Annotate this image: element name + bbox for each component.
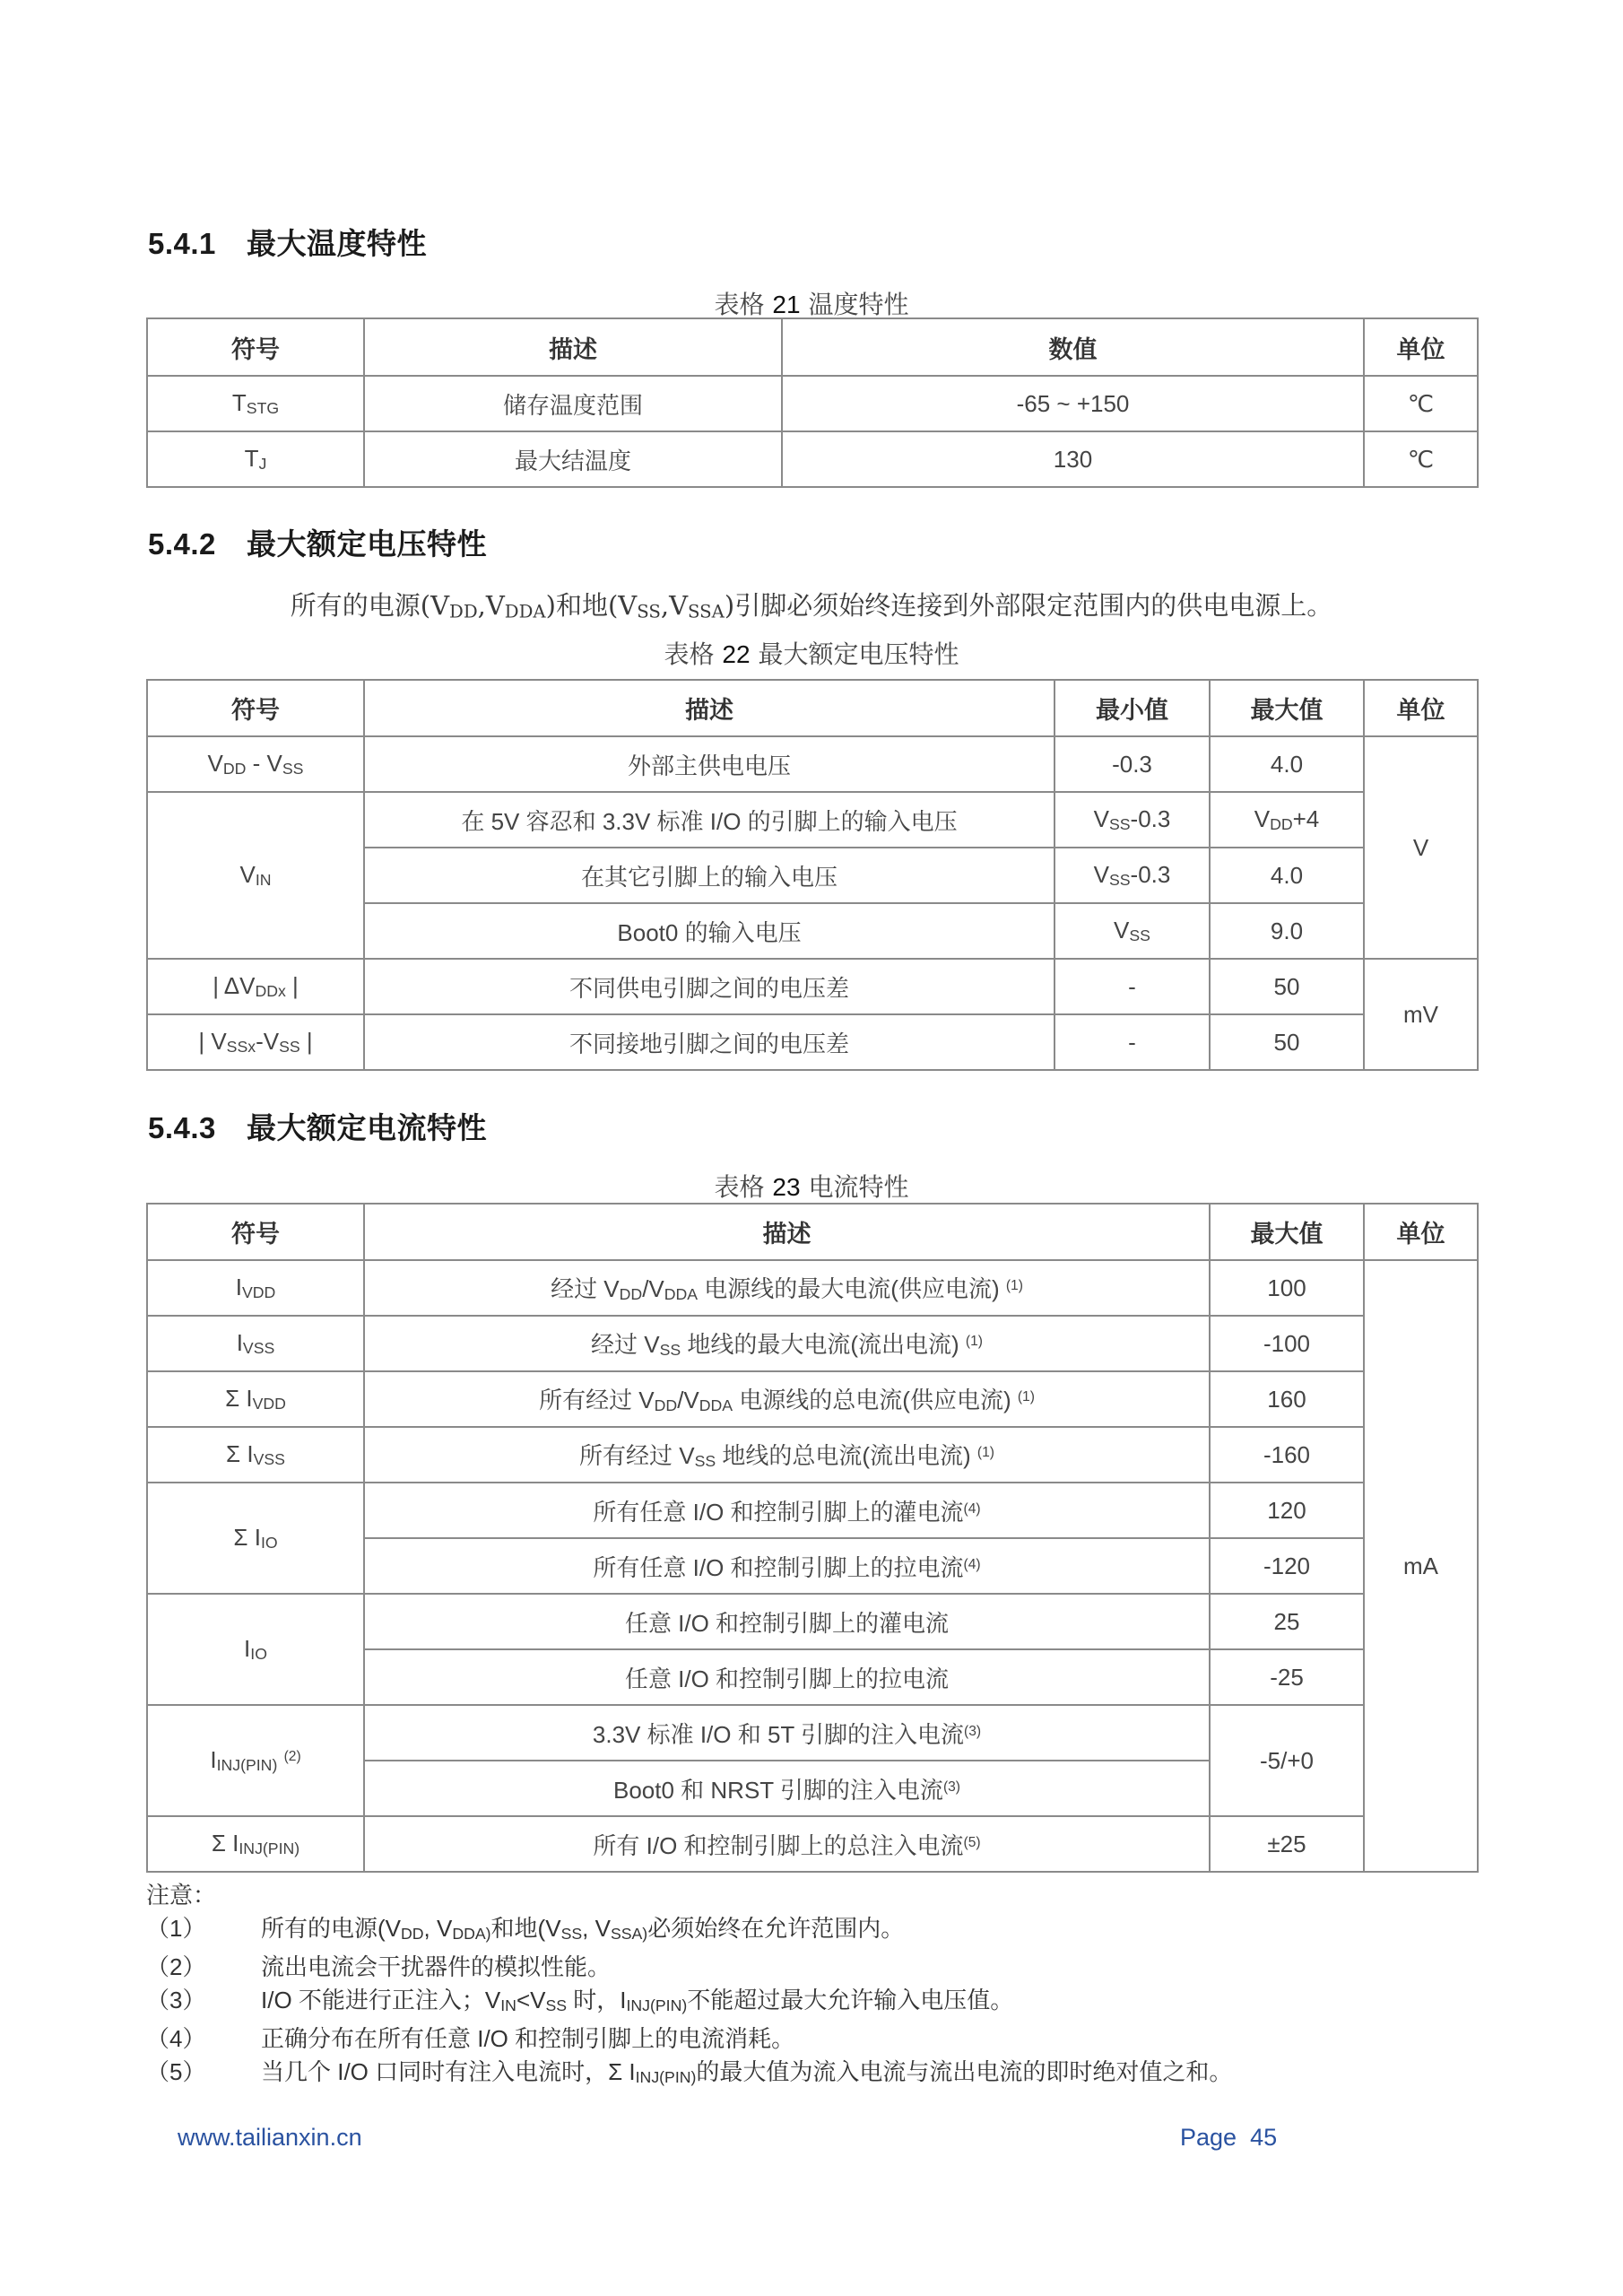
max-cell: -25 xyxy=(1210,1649,1364,1705)
min-cell: VSS-0.3 xyxy=(1055,848,1210,903)
description-cell: 所有任意 I/O 和控制引脚上的灌电流(4) xyxy=(364,1483,1210,1538)
header-symbol: 符号 xyxy=(147,318,364,376)
min-cell: - xyxy=(1055,959,1210,1014)
value-cell: -65 ~ +150 xyxy=(782,376,1364,431)
max-cell: 50 xyxy=(1210,1014,1364,1070)
table-row: TJ 最大结温度 130 ℃ xyxy=(147,431,1478,487)
description-cell: 任意 I/O 和控制引脚上的拉电流 xyxy=(364,1649,1210,1705)
caption-number: 23 xyxy=(772,1173,800,1201)
table-row: VIN 在 5V 容忍和 3.3V 标准 I/O 的引脚上的输入电压 VSS-0… xyxy=(147,792,1478,848)
table-23-caption: 表格 23 电流特性 xyxy=(0,1168,1623,1204)
table-temperature-characteristics: 符号 描述 数值 单位 TSTG 储存温度范围 -65 ~ +150 ℃ TJ … xyxy=(146,317,1479,488)
table-row: Σ IINJ(PIN) 所有 I/O 和控制引脚上的总注入电流(5) ±25 xyxy=(147,1816,1478,1872)
note-item: （2） 流出电流会干扰器件的模拟性能。 xyxy=(146,1951,1232,1984)
symbol-cell: VIN xyxy=(147,792,364,959)
table-row: | ΔVDDx | 不同供电引脚之间的电压差 - 50 mV xyxy=(147,959,1478,1014)
header-symbol: 符号 xyxy=(147,680,364,736)
table-max-voltage-characteristics: 符号 描述 最小值 最大值 单位 VDD - VSS 外部主供电电压 -0.3 … xyxy=(146,679,1479,1071)
section-number: 5.4.2 xyxy=(148,527,247,561)
description-cell: 外部主供电电压 xyxy=(364,736,1055,792)
table-row: VDD - VSS 外部主供电电压 -0.3 4.0 V xyxy=(147,736,1478,792)
footer-page-number: Page 45 xyxy=(1180,2124,1277,2152)
note-item: （4） 正确分布在所有任意 I/O 和控制引脚上的电流消耗。 xyxy=(146,2022,1232,2056)
caption-title: 电流特性 xyxy=(808,1172,908,1202)
table-21-caption: 表格 21 温度特性 xyxy=(0,285,1623,321)
max-cell: -5/+0 xyxy=(1210,1705,1364,1816)
symbol-cell: IVDD xyxy=(147,1260,364,1316)
header-unit: 单位 xyxy=(1364,680,1478,736)
header-max: 最大值 xyxy=(1210,680,1364,736)
caption-title: 温度特性 xyxy=(808,290,908,319)
min-cell: - xyxy=(1055,1014,1210,1070)
symbol-cell: Σ IIO xyxy=(147,1483,364,1594)
max-cell: -120 xyxy=(1210,1538,1364,1594)
header-min: 最小值 xyxy=(1055,680,1210,736)
symbol-cell: IINJ(PIN) (2) xyxy=(147,1705,364,1816)
description-cell: Boot0 的输入电压 xyxy=(364,903,1055,959)
table-row: TSTG 储存温度范围 -65 ~ +150 ℃ xyxy=(147,376,1478,431)
caption-prefix: 表格 xyxy=(715,290,765,319)
table-row: Σ IVSS 所有经过 VSS 地线的总电流(流出电流) (1) -160 xyxy=(147,1427,1478,1483)
unit-cell: V xyxy=(1364,736,1478,959)
table-22-caption: 表格 22 最大额定电压特性 xyxy=(0,635,1623,671)
note-item: （1） 所有的电源(VDD, VDDA)和地(VSS, VSSA)必须始终在允许… xyxy=(146,1912,1232,1951)
description-cell: 不同接地引脚之间的电压差 xyxy=(364,1014,1055,1070)
max-cell: 4.0 xyxy=(1210,848,1364,903)
caption-number: 22 xyxy=(722,640,750,668)
description-cell: 任意 I/O 和控制引脚上的灌电流 xyxy=(364,1594,1210,1649)
table-notes: 注意： （1） 所有的电源(VDD, VDDA)和地(VSS, VSSA)必须始… xyxy=(146,1879,1232,2095)
description-cell: 3.3V 标准 I/O 和 5T 引脚的注入电流(3) xyxy=(364,1705,1210,1761)
symbol-cell: IIO xyxy=(147,1594,364,1705)
max-cell: 4.0 xyxy=(1210,736,1364,792)
symbol-cell: | VSSx-VSS | xyxy=(147,1014,364,1070)
max-cell: ±25 xyxy=(1210,1816,1364,1872)
min-cell: VSS-0.3 xyxy=(1055,792,1210,848)
max-cell: 120 xyxy=(1210,1483,1364,1538)
description-cell: 经过 VSS 地线的最大电流(流出电流) (1) xyxy=(364,1316,1210,1371)
caption-prefix: 表格 xyxy=(715,1172,765,1202)
symbol-cell: IVSS xyxy=(147,1316,364,1371)
symbol-cell: Σ IVDD xyxy=(147,1371,364,1427)
section-title-text: 最大额定电流特性 xyxy=(247,1111,487,1144)
section-heading-5-4-3: 5.4.3最大额定电流特性 xyxy=(148,1105,487,1147)
max-cell: 160 xyxy=(1210,1371,1364,1427)
table-current-characteristics: 符号 描述 最大值 单位 IVDD 经过 VDD/VDDA 电源线的最大电流(供… xyxy=(146,1203,1479,1873)
description-cell: 所有任意 I/O 和控制引脚上的拉电流(4) xyxy=(364,1538,1210,1594)
caption-prefix: 表格 xyxy=(664,639,715,669)
description-cell: 所有经过 VSS 地线的总电流(流出电流) (1) xyxy=(364,1427,1210,1483)
header-description: 描述 xyxy=(364,680,1055,736)
table-row: Σ IIO 所有任意 I/O 和控制引脚上的灌电流(4) 120 xyxy=(147,1483,1478,1538)
unit-cell: ℃ xyxy=(1364,376,1478,431)
symbol-cell: | ΔVDDx | xyxy=(147,959,364,1014)
header-max: 最大值 xyxy=(1210,1204,1364,1260)
header-description: 描述 xyxy=(364,318,782,376)
unit-cell: ℃ xyxy=(1364,431,1478,487)
table-header-row: 符号 描述 最小值 最大值 单位 xyxy=(147,680,1478,736)
header-unit: 单位 xyxy=(1364,318,1478,376)
header-value: 数值 xyxy=(782,318,1364,376)
footer-website-link[interactable]: www.tailianxin.cn xyxy=(178,2124,362,2152)
section-heading-5-4-2: 5.4.2最大额定电压特性 xyxy=(148,521,487,563)
max-cell: 25 xyxy=(1210,1594,1364,1649)
description-cell: 所有经过 VDD/VDDA 电源线的总电流(供应电流) (1) xyxy=(364,1371,1210,1427)
max-cell: -160 xyxy=(1210,1427,1364,1483)
unit-cell: mA xyxy=(1364,1260,1478,1872)
section-title-text: 最大温度特性 xyxy=(247,227,427,260)
description-cell: 在其它引脚上的输入电压 xyxy=(364,848,1055,903)
symbol-cell: TJ xyxy=(147,431,364,487)
table-header-row: 符号 描述 最大值 单位 xyxy=(147,1204,1478,1260)
note-item: （3） I/O 不能进行正注入；VIN<VSS 时，IINJ(PIN)不能超过最… xyxy=(146,1984,1232,2022)
section-number: 5.4.1 xyxy=(148,227,247,261)
description-cell: 经过 VDD/VDDA 电源线的最大电流(供应电流) (1) xyxy=(364,1260,1210,1316)
note-item: （5） 当几个 I/O 口同时有注入电流时，Σ IINJ(PIN)的最大值为流入… xyxy=(146,2056,1232,2094)
max-cell: 100 xyxy=(1210,1260,1364,1316)
table-row: IVSS 经过 VSS 地线的最大电流(流出电流) (1) -100 xyxy=(147,1316,1478,1371)
value-cell: 130 xyxy=(782,431,1364,487)
section-heading-5-4-1: 5.4.1最大温度特性 xyxy=(148,221,427,263)
header-description: 描述 xyxy=(364,1204,1210,1260)
table-row: IVDD 经过 VDD/VDDA 电源线的最大电流(供应电流) (1) 100 … xyxy=(147,1260,1478,1316)
section-number: 5.4.3 xyxy=(148,1111,247,1145)
symbol-cell: Σ IINJ(PIN) xyxy=(147,1816,364,1872)
max-cell: 9.0 xyxy=(1210,903,1364,959)
description-cell: 不同供电引脚之间的电压差 xyxy=(364,959,1055,1014)
table-row: IIO 任意 I/O 和控制引脚上的灌电流 25 xyxy=(147,1594,1478,1649)
unit-cell: mV xyxy=(1364,959,1478,1070)
caption-title: 最大额定电压特性 xyxy=(758,639,959,669)
section-title-text: 最大额定电压特性 xyxy=(247,527,487,561)
max-cell: -100 xyxy=(1210,1316,1364,1371)
table-header-row: 符号 描述 数值 单位 xyxy=(147,318,1478,376)
symbol-cell: VDD - VSS xyxy=(147,736,364,792)
symbol-cell: TSTG xyxy=(147,376,364,431)
table-row: Σ IVDD 所有经过 VDD/VDDA 电源线的总电流(供应电流) (1) 1… xyxy=(147,1371,1478,1427)
table-row: IINJ(PIN) (2) 3.3V 标准 I/O 和 5T 引脚的注入电流(3… xyxy=(147,1705,1478,1761)
max-cell: VDD+4 xyxy=(1210,792,1364,848)
description-cell: 最大结温度 xyxy=(364,431,782,487)
description-cell: 储存温度范围 xyxy=(364,376,782,431)
min-cell: VSS xyxy=(1055,903,1210,959)
header-unit: 单位 xyxy=(1364,1204,1478,1260)
voltage-intro-paragraph: 所有的电源(VDD,VDDA)和地(VSS,VSSA)引脚必须始终连接到外部限定… xyxy=(0,586,1623,622)
header-symbol: 符号 xyxy=(147,1204,364,1260)
table-row: | VSSx-VSS | 不同接地引脚之间的电压差 - 50 xyxy=(147,1014,1478,1070)
description-cell: 在 5V 容忍和 3.3V 标准 I/O 的引脚上的输入电压 xyxy=(364,792,1055,848)
caption-number: 21 xyxy=(772,291,800,318)
notes-title: 注意： xyxy=(146,1879,1232,1912)
max-cell: 50 xyxy=(1210,959,1364,1014)
description-cell: Boot0 和 NRST 引脚的注入电流(3) xyxy=(364,1761,1210,1816)
min-cell: -0.3 xyxy=(1055,736,1210,792)
description-cell: 所有 I/O 和控制引脚上的总注入电流(5) xyxy=(364,1816,1210,1872)
symbol-cell: Σ IVSS xyxy=(147,1427,364,1483)
